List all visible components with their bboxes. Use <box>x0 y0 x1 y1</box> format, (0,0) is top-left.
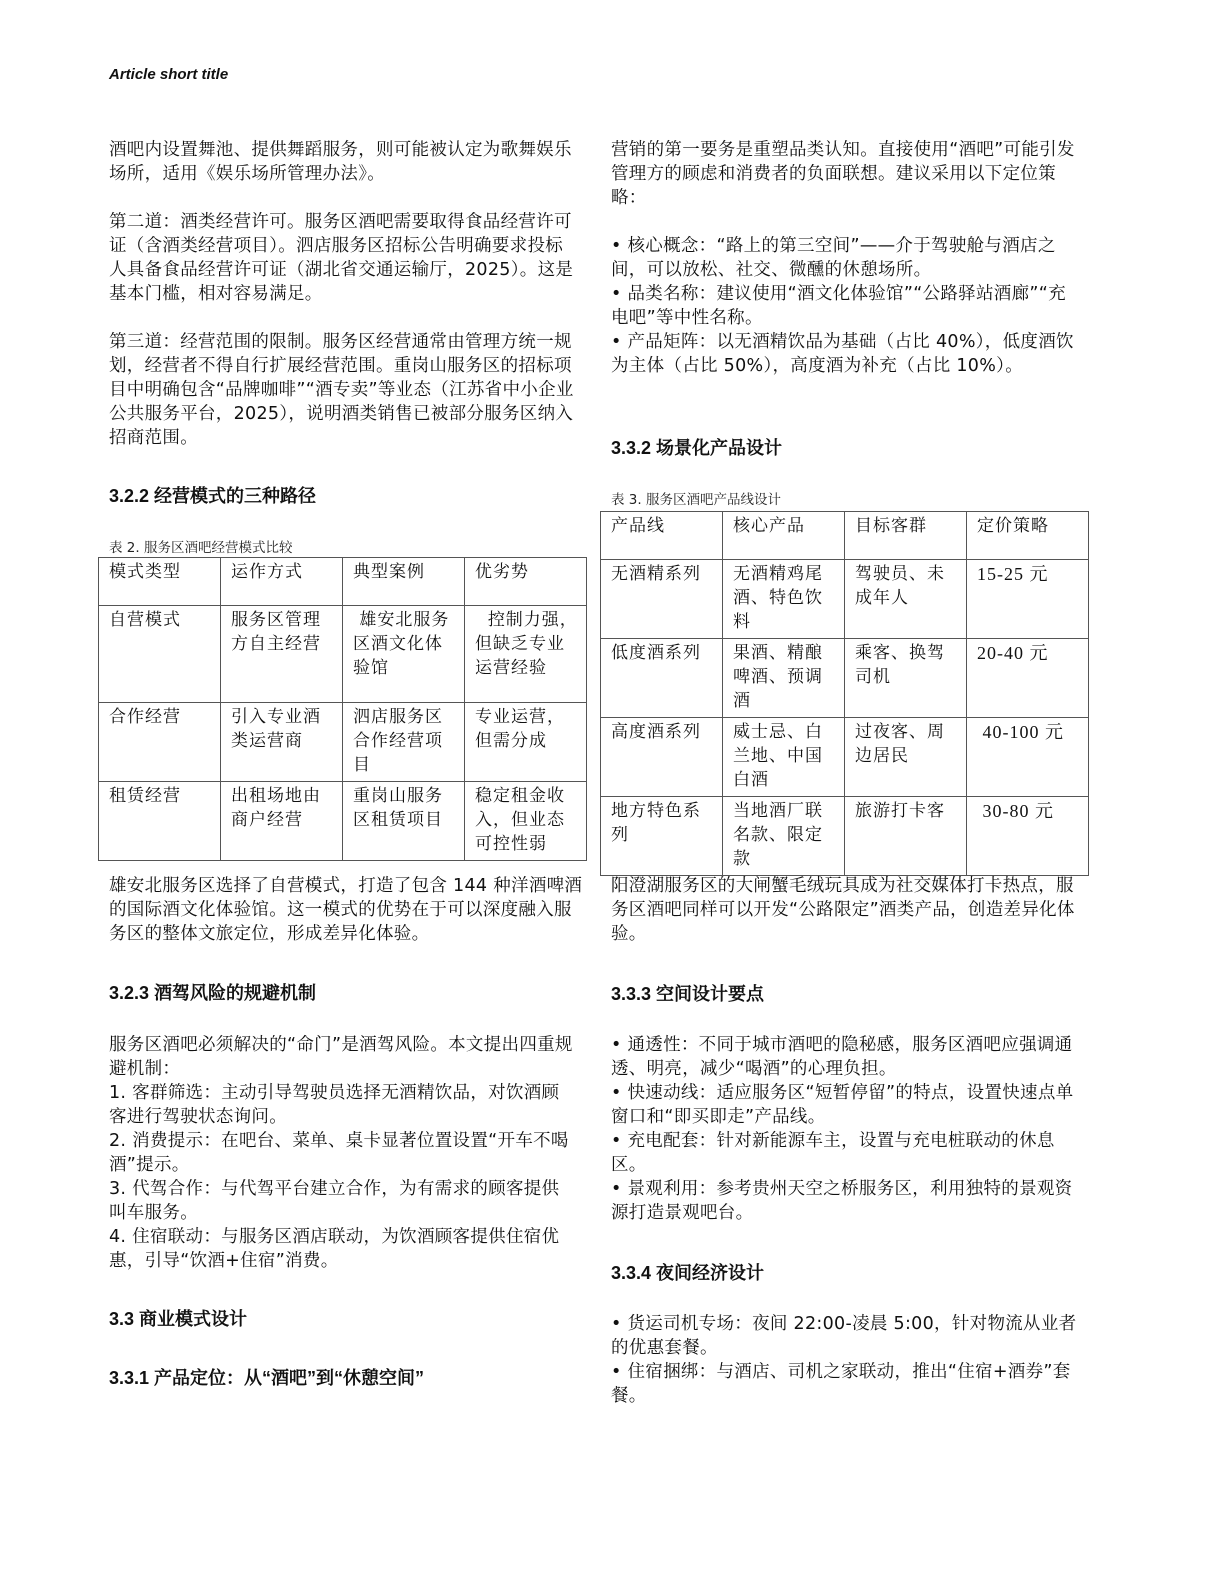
table-2-caption: 表 2. 服务区酒吧经营模式比较 <box>109 540 292 556</box>
table-cell: 当地酒厂联名款、限定款 <box>723 797 845 876</box>
heading-3-2-2: 3.2.2 经营模式的三种路径 <box>109 484 316 508</box>
table-cell: 自营模式 <box>99 606 221 703</box>
table-cell: 低度酒系列 <box>601 639 723 718</box>
running-title: Article short title <box>109 66 228 83</box>
list-item: 1. 客群筛选：主动引导驾驶员选择无酒精饮品，对饮酒顾客进行驾驶状态询问。 <box>109 1081 577 1129</box>
left-paragraph-3: 第三道：经营范围的限制。服务区经营通常由管理方统一规划，经营者不得自行扩展经营范… <box>109 330 577 450</box>
table-header-cell: 定价策略 <box>967 512 1089 560</box>
bullet-item: • 景观利用：参考贵州天空之桥服务区，利用独特的景观资源打造景观吧台。 <box>611 1177 1081 1225</box>
table-cell: 果酒、精酿啤酒、预调酒 <box>723 639 845 718</box>
heading-3-3-1: 3.3.1 产品定位：从“酒吧”到“休憩空间” <box>109 1366 424 1390</box>
bullet-item: • 产品矩阵：以无酒精饮品为基础（占比 40%），低度酒饮为主体（占比 50%）… <box>611 330 1081 378</box>
left-paragraph-5: 服务区酒吧必须解决的“命门”是酒驾风险。本文提出四重规避机制： <box>109 1033 577 1081</box>
heading-3-3-3: 3.3.3 空间设计要点 <box>611 982 764 1006</box>
table-cell: 驾驶员、未成年人 <box>845 560 967 639</box>
night-economy-list: • 货运司机专场：夜间 22:00-凌晨 5:00，针对物流从业者的优惠套餐。 … <box>611 1312 1081 1408</box>
positioning-strategy-list: • 核心概念：“路上的第三空间”——介于驾驶舱与酒店之间，可以放松、社交、微醺的… <box>611 234 1081 378</box>
table-header-row: 产品线 核心产品 目标客群 定价策略 <box>601 512 1089 560</box>
bullet-item: • 通透性：不同于城市酒吧的隐秘感，服务区酒吧应强调通透、明亮，减少“喝酒”的心… <box>611 1033 1081 1081</box>
left-paragraph-2: 第二道：酒类经营许可。服务区酒吧需要取得食品经营许可证（含酒类经营项目）。泗店服… <box>109 210 577 306</box>
table-2-business-models: 模式类型 运作方式 典型案例 优劣势 自营模式 服务区管理方自主经营 雄安北服务… <box>98 557 587 861</box>
table-cell: 乘客、换驾司机 <box>845 639 967 718</box>
table-header-cell: 产品线 <box>601 512 723 560</box>
table-header-cell: 优劣势 <box>465 558 587 606</box>
heading-3-3: 3.3 商业模式设计 <box>109 1307 247 1331</box>
table-cell: 引入专业酒类运营商 <box>221 703 343 782</box>
space-design-list: • 通透性：不同于城市酒吧的隐秘感，服务区酒吧应强调通透、明亮，减少“喝酒”的心… <box>611 1033 1081 1225</box>
table-cell: 服务区管理方自主经营 <box>221 606 343 703</box>
table-cell: 高度酒系列 <box>601 718 723 797</box>
table-row: 无酒精系列 无酒精鸡尾酒、特色饮料 驾驶员、未成年人 15-25 元 <box>601 560 1089 639</box>
heading-3-3-4: 3.3.4 夜间经济设计 <box>611 1261 764 1285</box>
table-cell: 出租场地由商户经营 <box>221 782 343 861</box>
left-paragraph-4: 雄安北服务区选择了自营模式，打造了包含 144 种洋酒啤酒的国际酒文化体验馆。这… <box>109 874 589 946</box>
list-item: 3. 代驾合作：与代驾平台建立合作，为有需求的顾客提供叫车服务。 <box>109 1177 577 1225</box>
table-row: 自营模式 服务区管理方自主经营 雄安北服务区酒文化体验馆 控制力强，但缺乏专业运… <box>99 606 587 703</box>
table-cell: 旅游打卡客 <box>845 797 967 876</box>
bullet-item: • 货运司机专场：夜间 22:00-凌晨 5:00，针对物流从业者的优惠套餐。 <box>611 1312 1081 1360</box>
list-item: 2. 消费提示：在吧台、菜单、桌卡显著位置设置“开车不喝酒”提示。 <box>109 1129 577 1177</box>
table-cell: 20-40 元 <box>967 639 1089 718</box>
table-cell: 30-80 元 <box>967 797 1089 876</box>
table-row: 低度酒系列 果酒、精酿啤酒、预调酒 乘客、换驾司机 20-40 元 <box>601 639 1089 718</box>
bullet-item: • 住宿捆绑：与酒店、司机之家联动，推出“住宿+酒券”套餐。 <box>611 1360 1081 1408</box>
table-row: 合作经营 引入专业酒类运营商 泗店服务区合作经营项目 专业运营，但需分成 <box>99 703 587 782</box>
heading-3-3-2: 3.3.2 场景化产品设计 <box>611 436 782 460</box>
table-header-cell: 典型案例 <box>343 558 465 606</box>
table-cell: 租赁经营 <box>99 782 221 861</box>
bullet-item: • 品类名称：建议使用“酒文化体验馆”“公路驿站酒廊”“充电吧”等中性名称。 <box>611 282 1081 330</box>
table-header-cell: 目标客群 <box>845 512 967 560</box>
table-cell: 合作经营 <box>99 703 221 782</box>
table-cell: 重岗山服务区租赁项目 <box>343 782 465 861</box>
drunk-driving-mechanisms: 服务区酒吧必须解决的“命门”是酒驾风险。本文提出四重规避机制： 1. 客群筛选：… <box>109 1033 577 1273</box>
table-cell: 过夜客、周边居民 <box>845 718 967 797</box>
table-cell: 地方特色系列 <box>601 797 723 876</box>
table-header-cell: 模式类型 <box>99 558 221 606</box>
table-cell: 无酒精鸡尾酒、特色饮料 <box>723 560 845 639</box>
bullet-item: • 核心概念：“路上的第三空间”——介于驾驶舱与酒店之间，可以放松、社交、微醺的… <box>611 234 1081 282</box>
right-paragraph-2: 阳澄湖服务区的大闸蟹毛绒玩具成为社交媒体打卡热点，服务区酒吧同样可以开发“公路限… <box>611 874 1091 946</box>
table-3-product-lines: 产品线 核心产品 目标客群 定价策略 无酒精系列 无酒精鸡尾酒、特色饮料 驾驶员… <box>600 511 1089 876</box>
table-header-cell: 运作方式 <box>221 558 343 606</box>
table-cell: 专业运营，但需分成 <box>465 703 587 782</box>
table-3-caption: 表 3. 服务区酒吧产品线设计 <box>611 492 781 508</box>
table-header-row: 模式类型 运作方式 典型案例 优劣势 <box>99 558 587 606</box>
table-cell: 稳定租金收入，但业态可控性弱 <box>465 782 587 861</box>
table-row: 地方特色系列 当地酒厂联名款、限定款 旅游打卡客 30-80 元 <box>601 797 1089 876</box>
table-cell: 雄安北服务区酒文化体验馆 <box>343 606 465 703</box>
table-cell: 无酒精系列 <box>601 560 723 639</box>
left-paragraph-1: 酒吧内设置舞池、提供舞蹈服务，则可能被认定为歌舞娱乐场所，适用《娱乐场所管理办法… <box>109 138 577 186</box>
table-row: 高度酒系列 威士忌、白兰地、中国白酒 过夜客、周边居民 40-100 元 <box>601 718 1089 797</box>
heading-3-2-3: 3.2.3 酒驾风险的规避机制 <box>109 981 316 1005</box>
bullet-item: • 充电配套：针对新能源车主，设置与充电桩联动的休息区。 <box>611 1129 1081 1177</box>
table-cell: 控制力强，但缺乏专业运营经验 <box>465 606 587 703</box>
table-row: 租赁经营 出租场地由商户经营 重岗山服务区租赁项目 稳定租金收入，但业态可控性弱 <box>99 782 587 861</box>
table-header-cell: 核心产品 <box>723 512 845 560</box>
table-cell: 威士忌、白兰地、中国白酒 <box>723 718 845 797</box>
bullet-item: • 快速动线：适应服务区“短暂停留”的特点，设置快速点单窗口和“即买即走”产品线… <box>611 1081 1081 1129</box>
right-paragraph-1: 营销的第一要务是重塑品类认知。直接使用“酒吧”可能引发管理方的顾虑和消费者的负面… <box>611 138 1081 210</box>
list-item: 4. 住宿联动：与服务区酒店联动，为饮酒顾客提供住宿优惠，引导“饮酒+住宿”消费… <box>109 1225 577 1273</box>
table-cell: 15-25 元 <box>967 560 1089 639</box>
table-cell: 泗店服务区合作经营项目 <box>343 703 465 782</box>
table-cell: 40-100 元 <box>967 718 1089 797</box>
